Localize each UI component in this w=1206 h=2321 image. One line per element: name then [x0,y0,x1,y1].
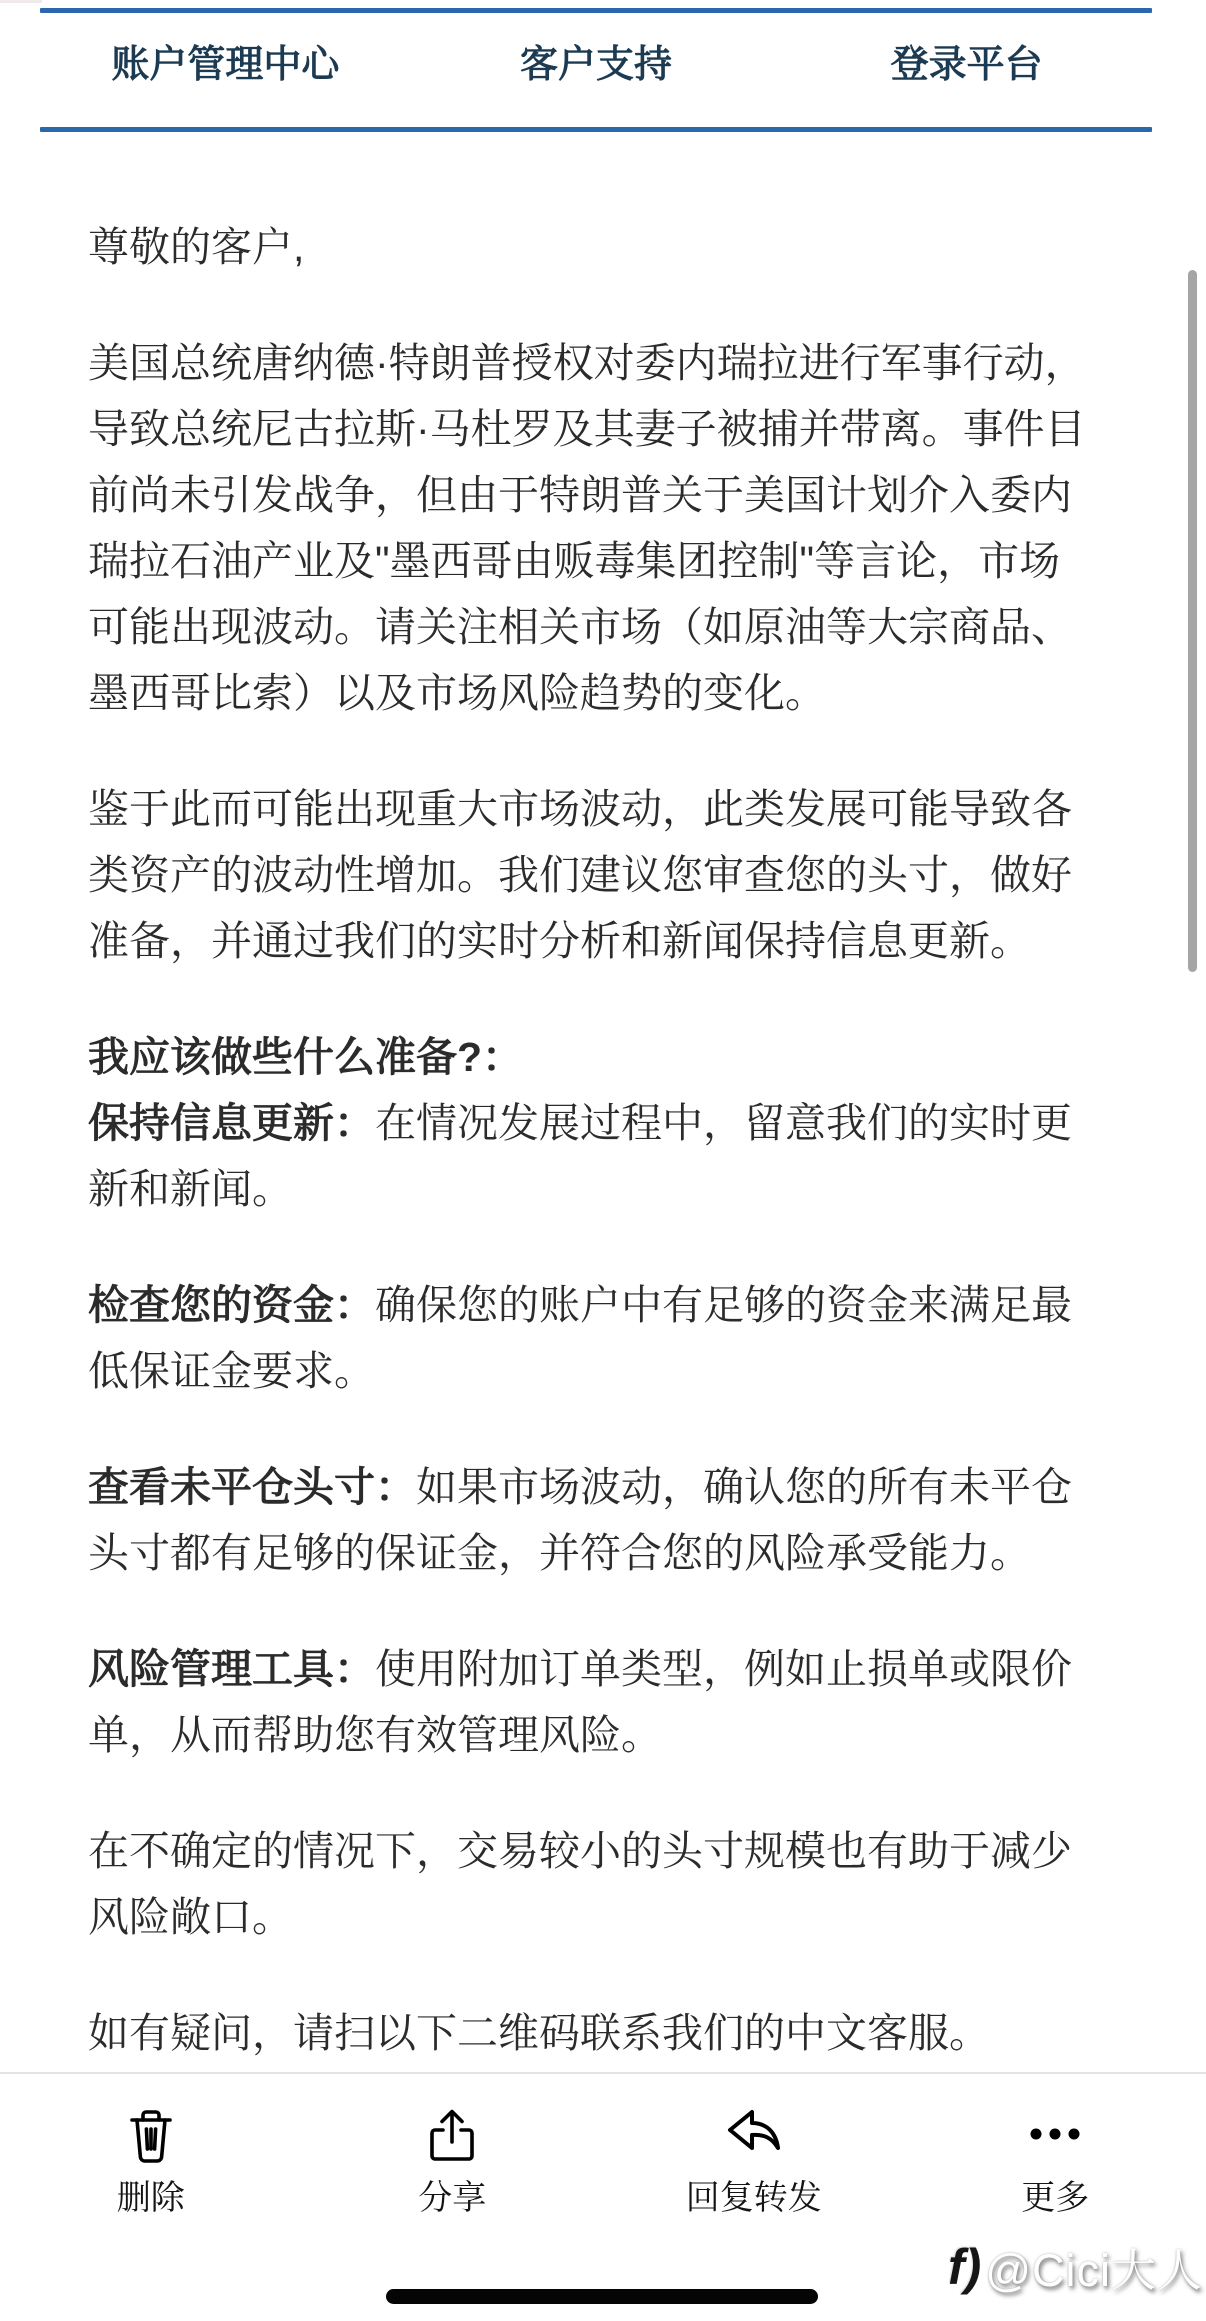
paragraph-news: 美国总统唐纳德·特朗普授权对委内瑞拉进行军事行动， 导致总统尼古拉斯·马杜罗及其… [88,330,1138,726]
nav-link-customer-support[interactable]: 客户支持 [411,40,782,90]
bottom-toolbar: 删除 分享 回复转发 [0,2072,1206,2321]
tip-stay-informed-label: 保持信息更新： [88,1100,375,1146]
tip-risk-tools-label: 风险管理工具： [88,1646,375,1692]
email-body: 尊敬的客户, 美国总统唐纳德·特朗普授权对委内瑞拉进行军事行动， 导致总统尼古拉… [0,133,1206,2116]
reply-forward-button[interactable]: 回复转发 [603,2104,905,2218]
prep-heading: 我应该做些什么准备?： [88,1034,523,1080]
delete-label: 删除 [117,2178,185,2218]
tip-check-funds-label: 检查您的资金： [88,1282,375,1328]
paragraph-advice: 鉴于此而可能出现重大市场波动，此类发展可能导致各 类资产的波动性增加。我们建议您… [88,776,1138,974]
nav-link-login-platform[interactable]: 登录平台 [781,40,1152,90]
more-icon [1023,2104,1087,2168]
email-header-nav: 账户管理中心 客户支持 登录平台 [0,0,1206,133]
delete-button[interactable]: 删除 [0,2104,302,2218]
scrollbar-thumb[interactable] [1188,270,1197,972]
tip-check-funds: 检查您的资金：确保您的账户中有足够的资金来满足最 低保证金要求。 [88,1272,1138,1404]
tip-open-positions: 查看未平仓头寸：如果市场波动，确认您的所有未平仓 头寸都有足够的保证金，并符合您… [88,1454,1138,1586]
email-screen: 账户管理中心 客户支持 登录平台 尊敬的客户, 美国总统唐纳德·特朗普授权对委内… [0,0,1206,2321]
toolbar-items: 删除 分享 回复转发 [0,2074,1206,2218]
more-button[interactable]: 更多 [905,2104,1206,2218]
trash-icon [119,2104,183,2168]
reply-forward-label: 回复转发 [686,2178,822,2218]
home-indicator[interactable] [386,2289,818,2304]
share-button[interactable]: 分享 [302,2104,604,2218]
top-edge-hairline [0,0,42,3]
nav-divider-top [40,8,1152,13]
paragraph-qr-contact: 如有疑问，请扫以下二维码联系我们的中文客服。 [88,2000,1138,2066]
nav-link-account-center[interactable]: 账户管理中心 [40,40,411,90]
share-icon [420,2104,484,2168]
nav-links: 账户管理中心 客户支持 登录平台 [40,40,1152,90]
nav-divider-bottom [40,127,1152,132]
tip-open-positions-label: 查看未平仓头寸： [88,1464,416,1510]
prep-paragraph: 我应该做些什么准备?： 保持信息更新：在情况发展过程中，留意我们的实时更 新和新… [88,1024,1138,1222]
reply-forward-icon [722,2104,786,2168]
more-label: 更多 [1021,2178,1089,2218]
share-label: 分享 [418,2178,486,2218]
greeting: 尊敬的客户, [88,214,1138,280]
tip-risk-tools: 风险管理工具：使用附加订单类型，例如止损单或限价 单，从而帮助您有效管理风险。 [88,1636,1138,1768]
paragraph-smaller-positions: 在不确定的情况下，交易较小的头寸规模也有助于减少 风险敞口。 [88,1818,1138,1950]
